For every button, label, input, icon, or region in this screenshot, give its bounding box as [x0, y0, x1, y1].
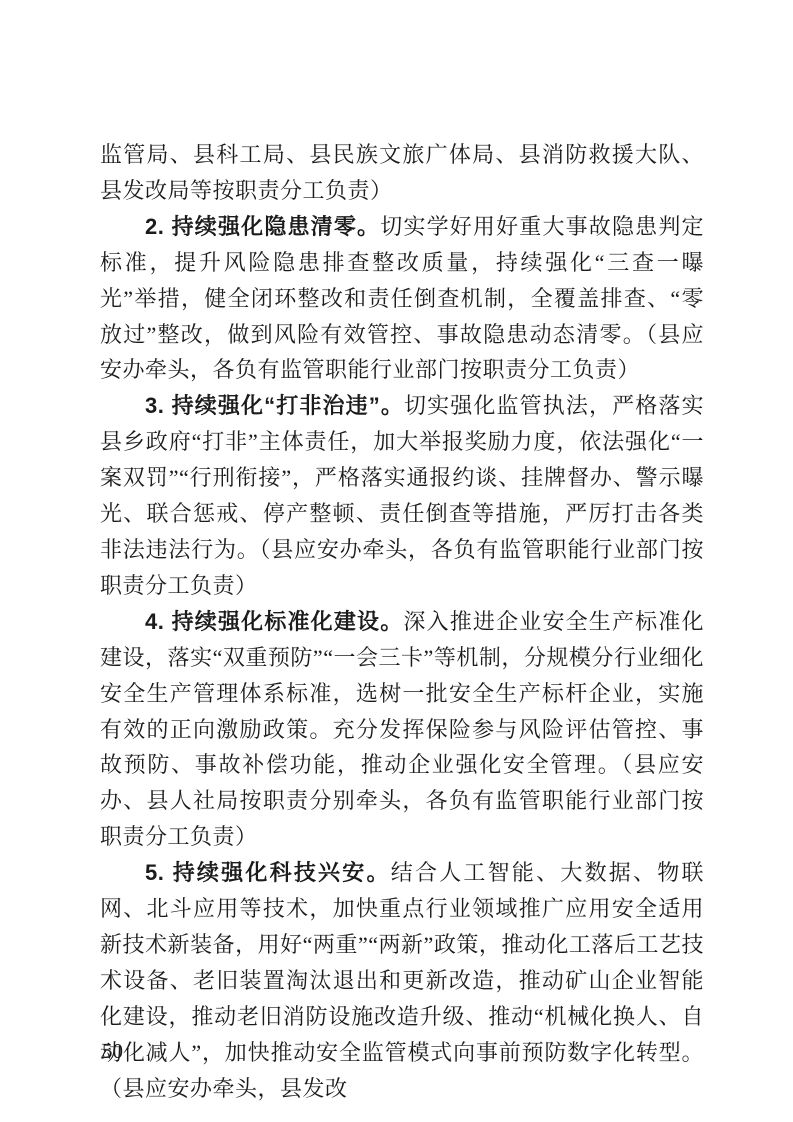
paragraph-body: 结合人工智能、大数据、物联网、北斗应用等技术，加快重点行业领域推广应用安全适用新… — [100, 860, 704, 1100]
paragraph-heading: 5. 持续强化科技兴安。 — [145, 860, 391, 885]
paragraph-body: 切实强化监管执法，严格落实县乡政府“打非”主体责任，加大举报奖励力度，依法强化“… — [100, 393, 704, 598]
paragraph-item-4: 4. 持续强化标准化建设。深入推进企业安全生产标准化建设，落实“双重预防”“一会… — [100, 604, 704, 855]
paragraph-body: 深入推进企业安全生产标准化建设，落实“双重预防”“一会三卡”等机制，分规模分行业… — [100, 609, 704, 849]
paragraph-heading: 3. 持续强化“打非治违”。 — [145, 393, 404, 418]
paragraph-item-2: 2. 持续强化隐患清零。切实学好用好重大事故隐患判定标准，提升风险隐患排查整改质… — [100, 209, 704, 389]
document-page: 监管局、县科工局、县民族文旅广体局、县消防救援大队、县发改局等按职责分工负责） … — [0, 0, 793, 1122]
paragraph-continuation: 监管局、县科工局、县民族文旅广体局、县消防救援大队、县发改局等按职责分工负责） — [100, 137, 704, 209]
paragraph-heading: 4. 持续强化标准化建设。 — [145, 609, 403, 634]
body-text-block: 监管局、县科工局、县民族文旅广体局、县消防救援大队、县发改局等按职责分工负责） … — [100, 137, 704, 1106]
paragraph-item-3: 3. 持续强化“打非治违”。切实强化监管执法，严格落实县乡政府“打非”主体责任，… — [100, 388, 704, 603]
paragraph-item-5: 5. 持续强化科技兴安。结合人工智能、大数据、物联网、北斗应用等技术，加快重点行… — [100, 855, 704, 1106]
paragraph-heading: 2. 持续强化隐患清零。 — [145, 214, 380, 239]
paragraph-body: 切实学好用好重大事故隐患判定标准，提升风险隐患排查整改质量，持续强化“三查一曝光… — [100, 214, 704, 383]
page-number: 50 — [102, 1036, 123, 1066]
paragraph-body: 监管局、县科工局、县民族文旅广体局、县消防救援大队、县发改局等按职责分工负责） — [100, 142, 704, 203]
